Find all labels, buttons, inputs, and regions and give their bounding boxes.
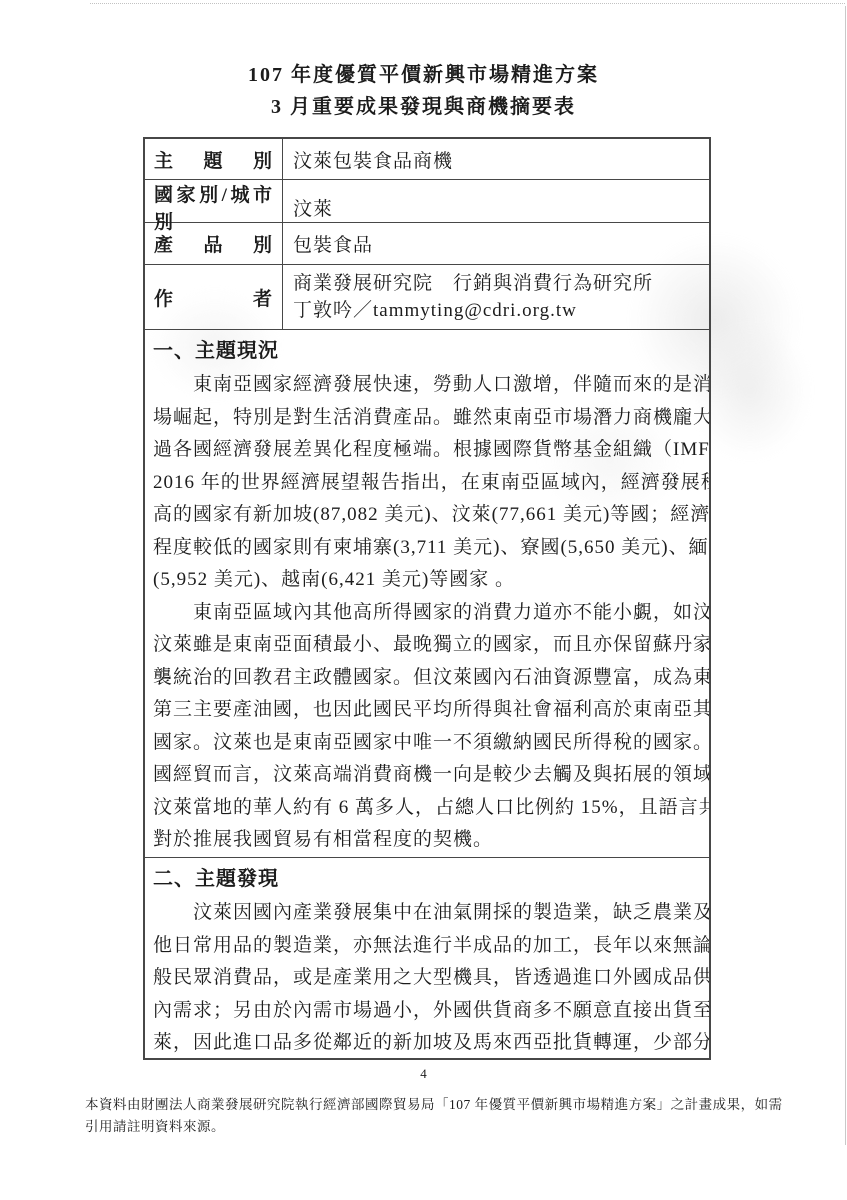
document-subtitle: 3 月重要成果發現與商機摘要表 (0, 90, 847, 119)
table-row-product: 產品別 包裝食品 (145, 223, 709, 265)
product-label-cell: 產品別 (145, 223, 283, 264)
footnote: 本資料由財團法人商業發展研究院執行經濟部國際貿易局「107 年優質平價新興市場精… (85, 1094, 805, 1138)
scan-artifact-top-line (90, 3, 845, 4)
scanned-document-page: 107 年度優質平價新興市場精進方案 3 月重要成果發現與商機摘要表 主題別 汶… (0, 0, 847, 1200)
paragraph: 東南亞區域內其他高所得國家的消費力道亦不能小覷，如汶萊。 汶萊雖是東南亞面積最小… (153, 597, 701, 857)
page-number: 4 (0, 1066, 847, 1082)
section-heading: 二、主題發現 (153, 861, 701, 897)
paragraph: 東南亞國家經濟發展快速，勞動人口激增，伴隨而來的是消費市 場崛起，特別是對生活消… (153, 369, 701, 597)
section-topic-findings: 二、主題發現 汶萊因國內產業發展集中在油氣開採的製造業，缺乏農業及其 他日常用品… (145, 858, 709, 1058)
summary-table: 主題別 汶萊包裝食品商機 國家別/城市別 汶萊 產品別 包裝食品 作者 商業發展… (143, 137, 711, 1060)
topic-value: 汶萊包裝食品商機 (283, 139, 709, 179)
section-topic-status: 一、主題現況 東南亞國家經濟發展快速，勞動人口激增，伴隨而來的是消費市 場崛起，… (145, 330, 709, 858)
topic-label-cell: 主題別 (145, 139, 283, 179)
scan-artifact-right-edge (845, 6, 846, 1145)
topic-label: 主題別 (154, 146, 273, 173)
author-label-cell: 作者 (145, 265, 283, 329)
table-row-country: 國家別/城市別 汶萊 (145, 180, 709, 223)
table-row-author: 作者 商業發展研究院 行銷與消費行為研究所 丁敦吟／tammyting@cdri… (145, 265, 709, 330)
document-title: 107 年度優質平價新興市場精進方案 (0, 58, 847, 87)
author-value: 商業發展研究院 行銷與消費行為研究所 丁敦吟／tammyting@cdri.or… (283, 265, 709, 329)
paragraph: 汶萊因國內產業發展集中在油氣開採的製造業，缺乏農業及其 他日常用品的製造業，亦無… (153, 897, 701, 1058)
product-value: 包裝食品 (283, 223, 709, 264)
table-row-topic: 主題別 汶萊包裝食品商機 (145, 139, 709, 180)
section-heading: 一、主題現況 (153, 333, 701, 369)
author-label: 作者 (154, 284, 273, 311)
product-label: 產品別 (154, 230, 273, 257)
